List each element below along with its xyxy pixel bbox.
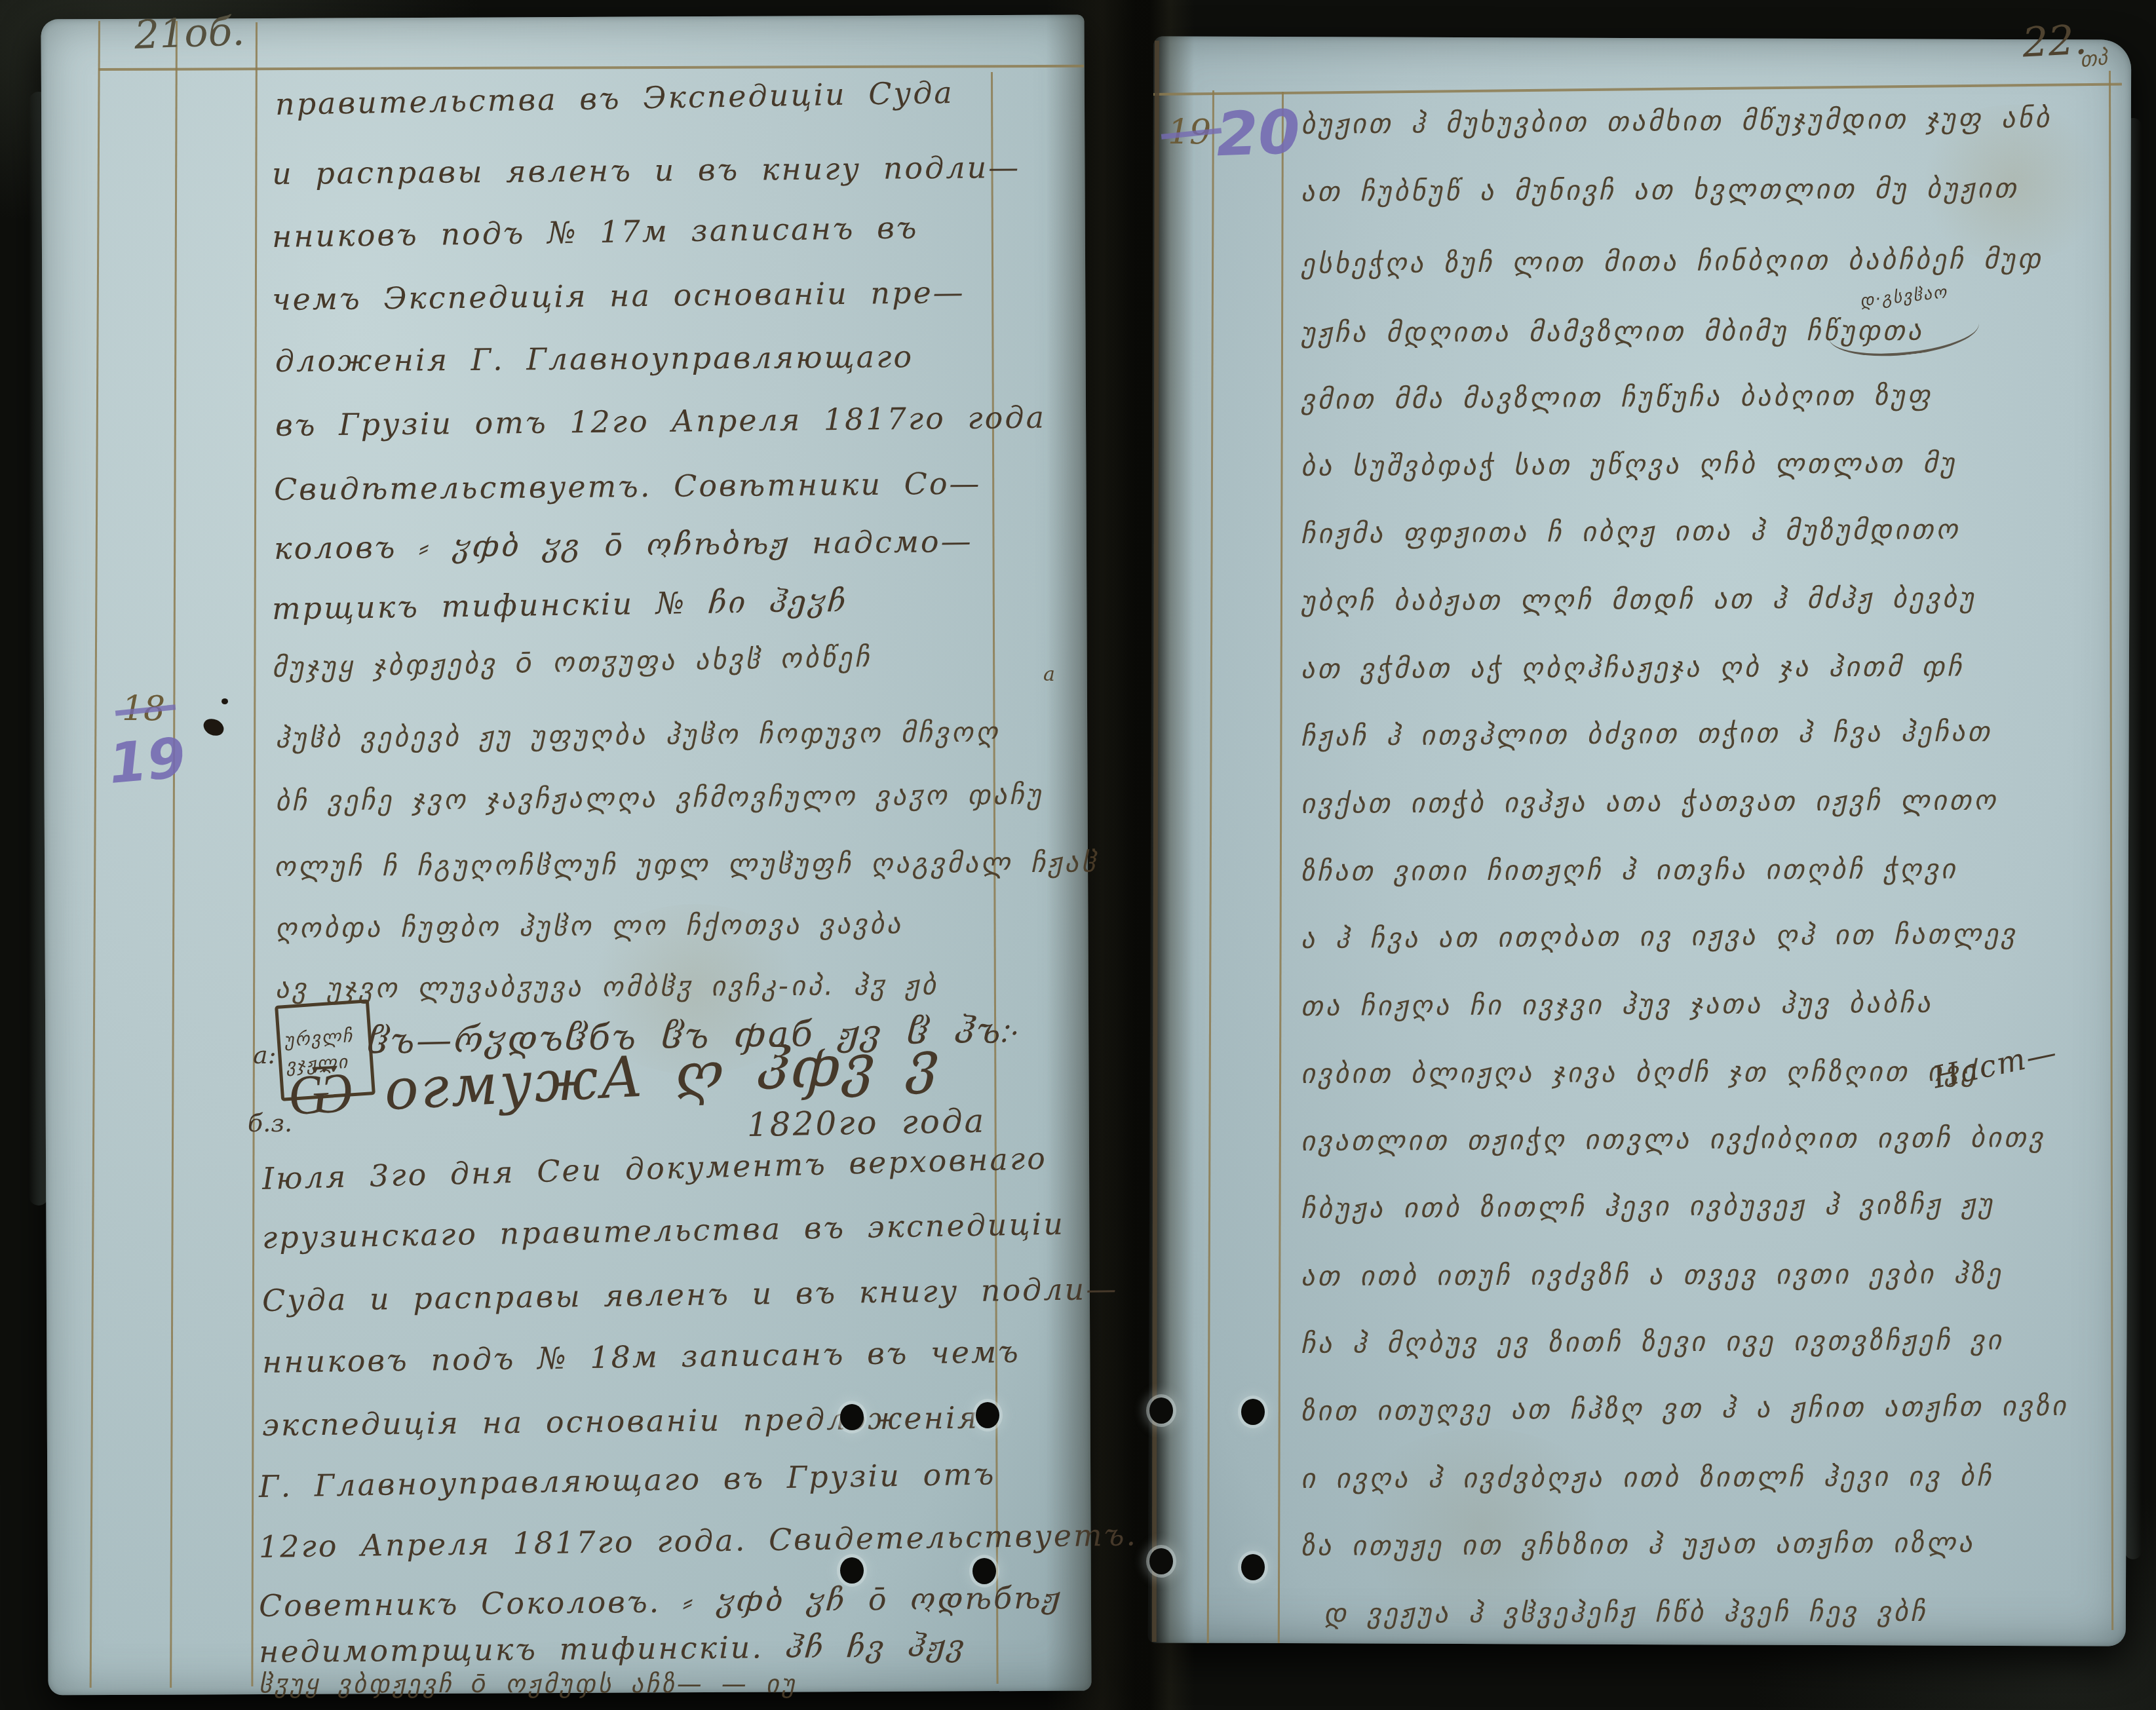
wormhole	[976, 1402, 999, 1428]
manuscript-scan: 21об. 22. თპ 18 19 19 20 а: ურვლჩ ვჯჟლი …	[0, 0, 2156, 1710]
wormhole	[972, 1558, 996, 1584]
manuscript-line: თა ჩიჟღა ჩი ივჯვი ჰუვ ჯათა ჰუვ ბაბჩა	[1301, 987, 1933, 1022]
manuscript-line: ვმით მმა მავზლით ჩუწუჩა ბაბღით ზუფ	[1301, 379, 1933, 415]
manuscript-line: ჩბუჟა ითბ ზითლჩ ჰევი ივბუვეჟ ჰ ვიზჩჟ ჟუ	[1301, 1188, 1995, 1225]
manuscript-line: ზით ითუღვე ათ ჩჰზღ ვთ ჰ ა ჟჩით ათჟჩთ ივზ…	[1301, 1390, 2069, 1427]
manuscript-line: ათ ითბ ითუჩ ივძვზჩ ა თვევ ივთი ევბი ჰზე	[1301, 1257, 2003, 1292]
manuscript-line: ესხეჭღა ზუჩ ლით მითა ჩინბღით ბაბჩბეჩ მუჶ	[1301, 242, 2043, 280]
wormhole	[1149, 1397, 1173, 1424]
wormhole	[1241, 1554, 1265, 1580]
wormhole	[840, 1557, 864, 1584]
manuscript-line: ა ჰ ჩვა ათ ითღბათ ივ იჟვა ღჰ ით ჩათლევ	[1301, 917, 2018, 955]
manuscript-line: ი ივღა ჰ ივძვბღჟა ითბ ზითლჩ ჰევი ივ ბჩ	[1301, 1460, 1993, 1494]
manuscript-line: ივბით ბლიჟღა ჯივა ბღძჩ ჯთ ღჩზღით ივქ	[1301, 1055, 1978, 1090]
manuscript-line: უბღჩ ბაბჟათ ლღჩ მთდჩ ათ ჰ მძჰჟ ბევბუ	[1301, 582, 1976, 617]
manuscript-line: ჩიჟმა ფჶჟითა ჩ იბღჟ ითა ჰ მუზუმდითო	[1301, 513, 1961, 550]
manuscript-line: ზჩათ ვითი ჩითჟღჩ ჰ ითვჩა ითღბჩ ჭღვი	[1301, 853, 1958, 887]
manuscript-line: უჟჩა მდღითა მამვზლით მბიმუ ჩწუჶთა	[1301, 314, 1924, 349]
wormhole	[840, 1404, 864, 1430]
manuscript-line: ივქათ ითჭბ ივჰჟა ათა ჭათვათ იჟვჩ ლითო	[1301, 784, 1998, 820]
manuscript-line: ბა სუშვბჶაჭ სათ უწღვა ღჩბ ლთლათ მუ	[1301, 447, 1957, 482]
right-page-text-layer: ბუჟით ჰ მუხუვბით თამხით მწუჯუმდით ჯუფ ან…	[0, 0, 2156, 1710]
manuscript-line: ზა ითუჟე ით ვჩხზით ჰ უჟათ ათჟჩთ იზლა	[1301, 1527, 1975, 1562]
manuscript-line: ჩჟაჩ ჰ ითვჰლით ბძვით თჭით ჰ ჩვა ჰეჩათ	[1301, 715, 1992, 752]
manuscript-line: ჩა ჰ მღბუვ ევ ზითჩ ზევი ივე ივთვზჩჟეჩ ვი	[1301, 1323, 2004, 1359]
manuscript-line: ათ ვჭმათ აჭ ღბღჰჩაჟეჯა ღბ ჯა ჰითმ ჶჩ	[1301, 650, 1964, 685]
manuscript-line: ათ ჩუბნუწ ა მუნივჩ ათ ხვლთლით მუ ბუჟით	[1301, 172, 2019, 208]
manuscript-line: დ ვეჟუა ჰ ვჱვეჰეჩჟ ჩწბ ჰვეჩ ჩევ ვბჩ	[1324, 1595, 1927, 1629]
wormhole	[1149, 1548, 1173, 1574]
manuscript-line: ივათლით თჟიჭღ ითვლა ივქიბღით ივთჩ ბითვ	[1301, 1121, 2045, 1157]
manuscript-line: ბუჟით ჰ მუხუვბით თამხით მწუჯუმდით ჯუფ ან…	[1301, 102, 2052, 140]
wormhole	[1241, 1399, 1265, 1425]
